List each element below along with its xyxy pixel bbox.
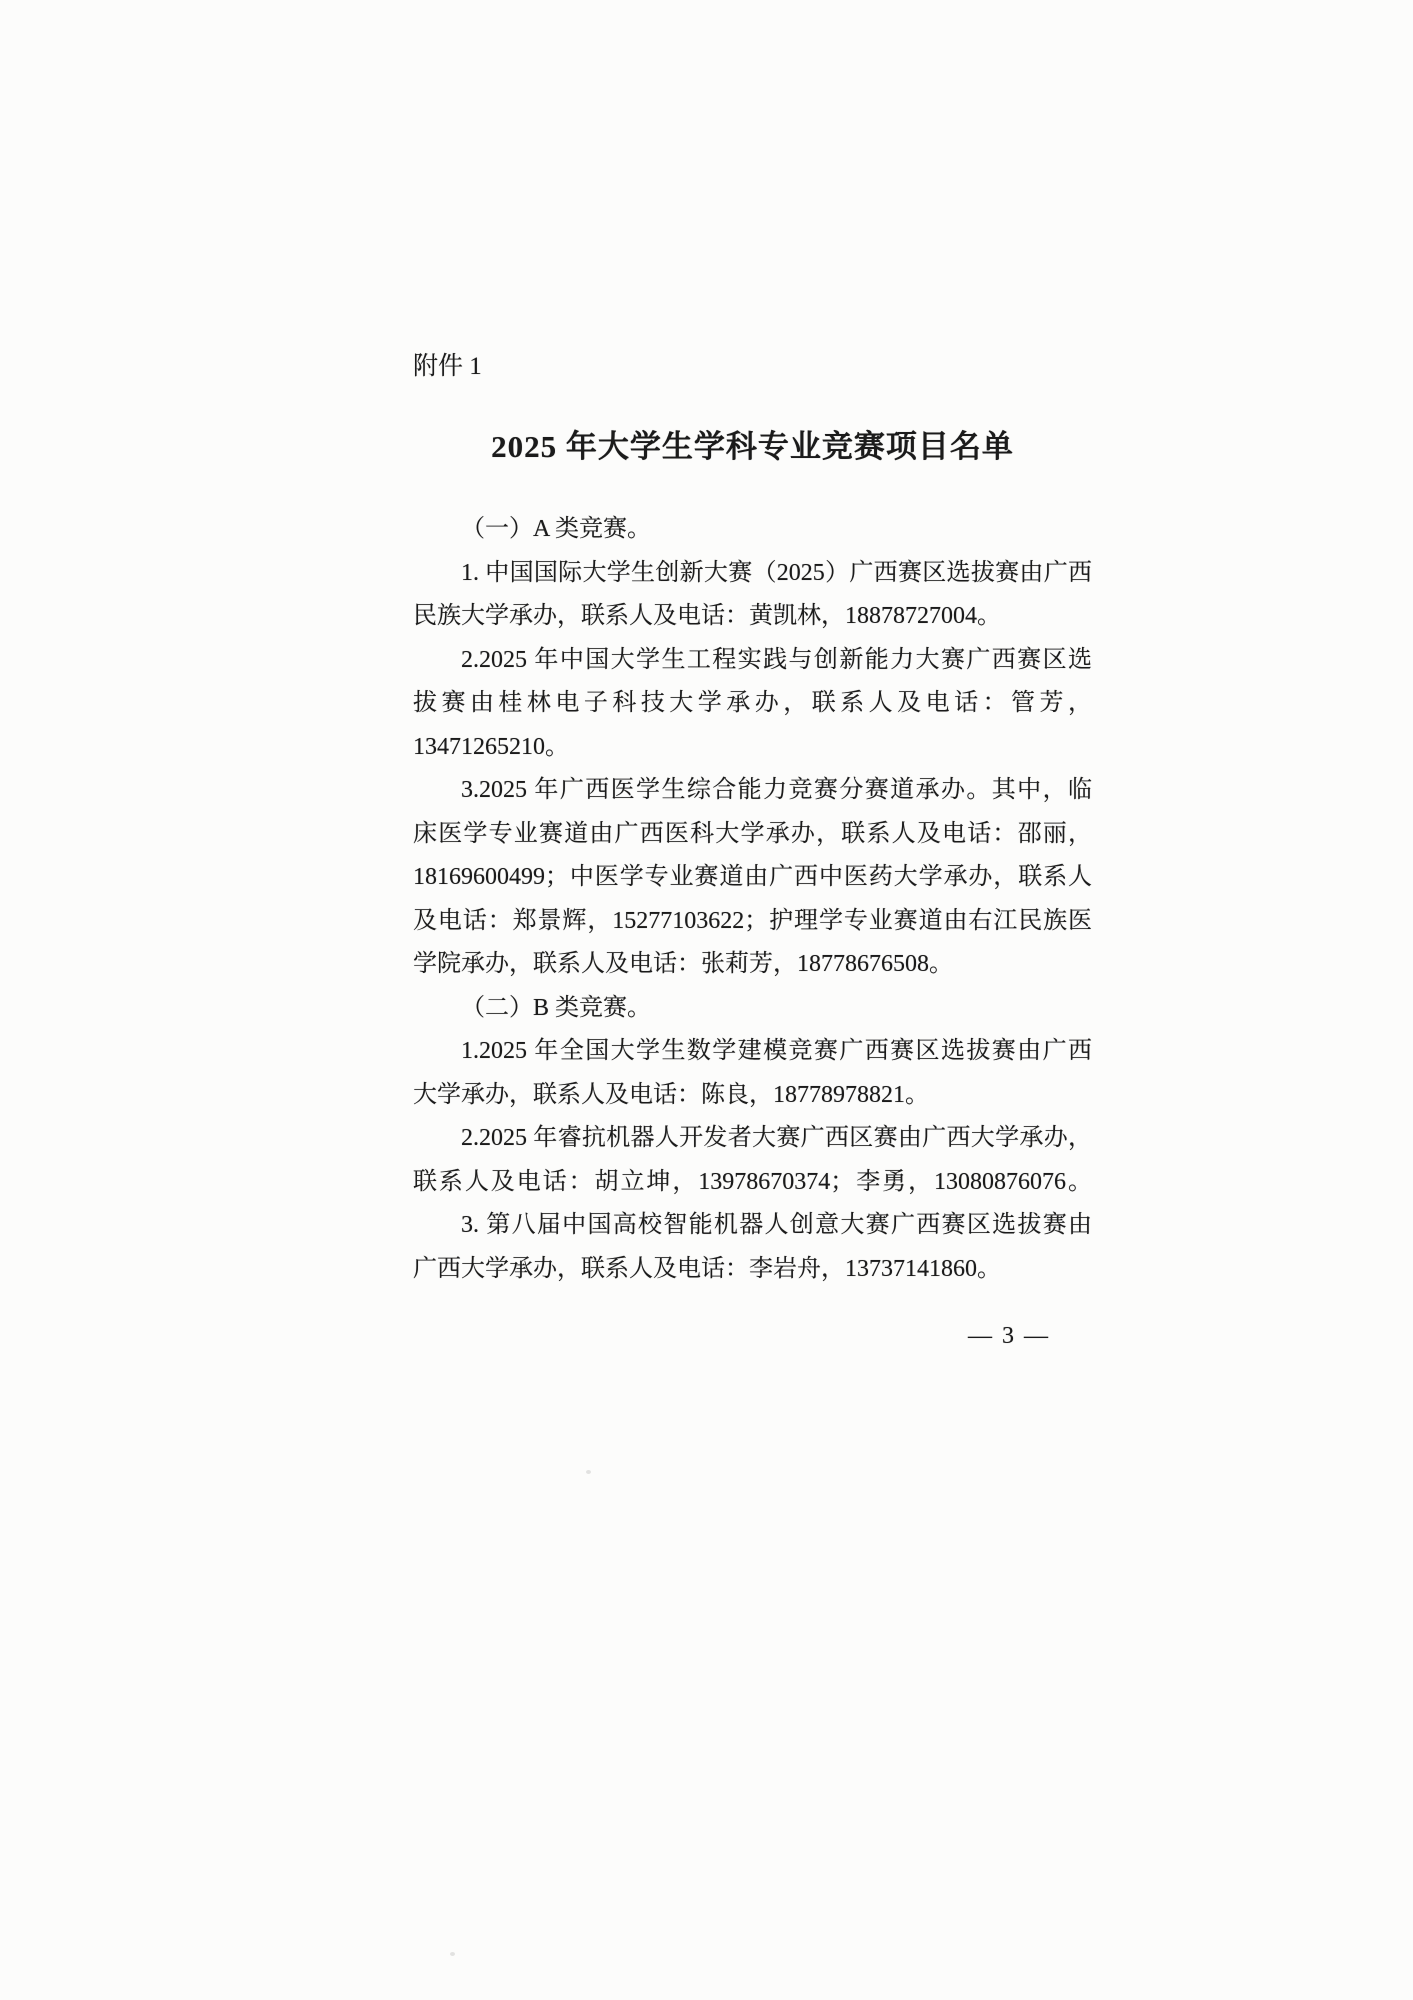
attachment-label: 附件 1 bbox=[413, 352, 482, 382]
body-line: 2.2025 年中国大学生工程实践与创新能力大赛广西赛区选 bbox=[413, 639, 1092, 683]
body-line: 1.2025 年全国大学生数学建模竞赛广西赛区选拔赛由广西 bbox=[413, 1030, 1092, 1074]
body-line: 及电话：郑景辉，15277103622；护理学专业赛道由右江民族医 bbox=[413, 900, 1092, 944]
body-line: 3. 第八届中国高校智能机器人创意大赛广西赛区选拔赛由 bbox=[413, 1204, 1092, 1248]
document-page: 附件 1 2025 年大学生学科专业竞赛项目名单 （一）A 类竞赛。1. 中国国… bbox=[0, 0, 1413, 2000]
body-lines: （一）A 类竞赛。1. 中国国际大学生创新大赛（2025）广西赛区选拔赛由广西民… bbox=[413, 508, 1092, 1291]
body-line: 3.2025 年广西医学生综合能力竞赛分赛道承办。其中，临 bbox=[413, 769, 1092, 813]
body-line: 广西大学承办，联系人及电话：李岩舟，13737141860。 bbox=[413, 1248, 1092, 1292]
document-title: 2025 年大学生学科专业竞赛项目名单 bbox=[413, 428, 1092, 466]
body-line: 民族大学承办，联系人及电话：黄凯林，18878727004。 bbox=[413, 595, 1092, 639]
body-line: （二）B 类竞赛。 bbox=[413, 987, 1092, 1031]
scan-speck bbox=[450, 1952, 455, 1956]
body-line: 18169600499；中医学专业赛道由广西中医药大学承办，联系人 bbox=[413, 856, 1092, 900]
body-line: 拔赛由桂林电子科技大学承办，联系人及电话：管芳， bbox=[413, 682, 1092, 726]
body-line: （一）A 类竞赛。 bbox=[413, 508, 1092, 552]
body-line: 13471265210。 bbox=[413, 726, 1092, 770]
body-line: 1. 中国国际大学生创新大赛（2025）广西赛区选拔赛由广西 bbox=[413, 552, 1092, 596]
page-number: — 3 — bbox=[968, 1322, 1050, 1350]
body-line: 2.2025 年睿抗机器人开发者大赛广西区赛由广西大学承办， bbox=[413, 1117, 1092, 1161]
body-line: 大学承办，联系人及电话：陈良，18778978821。 bbox=[413, 1074, 1092, 1118]
scan-speck bbox=[586, 1470, 591, 1474]
body-line: 床医学专业赛道由广西医科大学承办，联系人及电话：邵丽， bbox=[413, 813, 1092, 857]
body-line: 学院承办，联系人及电话：张莉芳，18778676508。 bbox=[413, 943, 1092, 987]
body-line: 联系人及电话：胡立坤，13978670374；李勇，13080876076。 bbox=[413, 1161, 1092, 1205]
